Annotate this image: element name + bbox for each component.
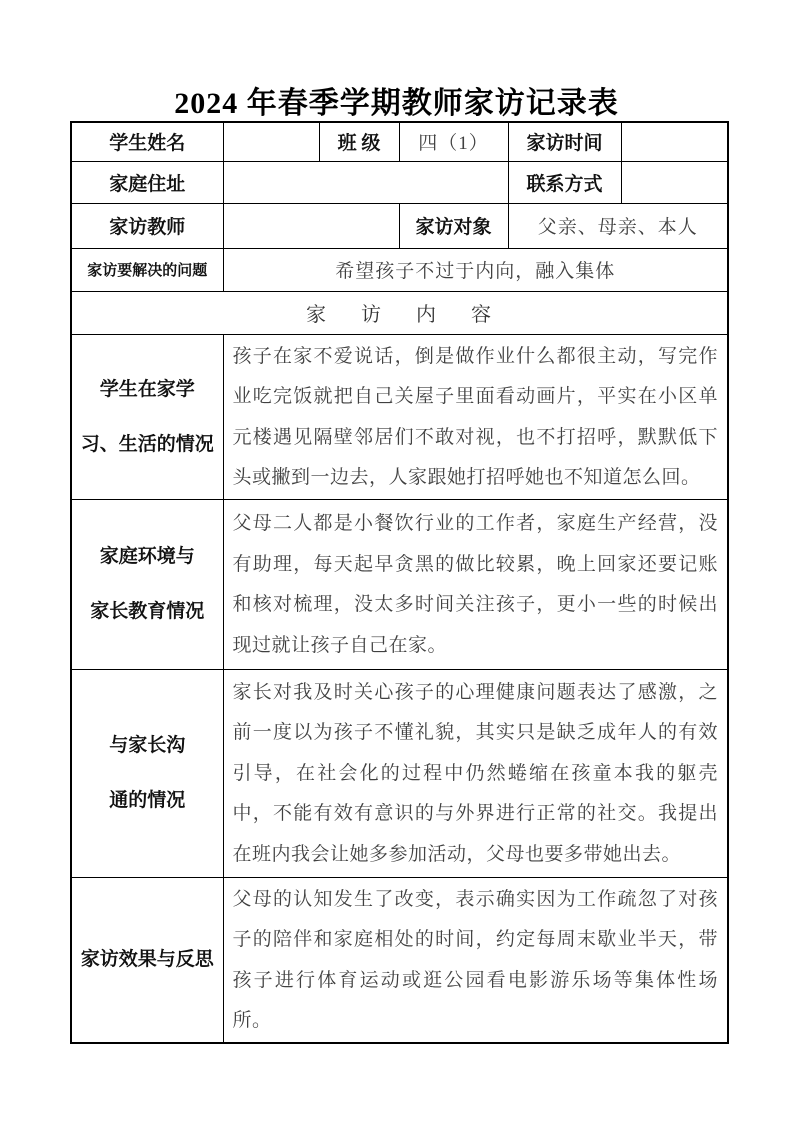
home-visit-form-table: 学生姓名 班 级 四（1） 家访时间 家庭住址 联系方式 家访教师 家访对象 父… xyxy=(70,121,729,1044)
row-problem: 家访要解决的问题 希望孩子不过于内向，融入集体 xyxy=(71,248,728,291)
section-text-cell: 家长对我及时关心孩子的心理健康问题表达了感激，之前一度以为孩子不懂礼貌，其实只是… xyxy=(223,669,728,877)
section-text-visit-effect: 父母的认知发生了改变，表示确实因为工作疏忽了对孩子的陪伴和家庭相处的时间，约定每… xyxy=(224,878,728,1042)
section-text-cell: 孩子在家不爱说话，倒是做作业什么都很主动，写完作业吃完饭就把自己关屋子里面看动画… xyxy=(223,334,728,499)
section-text-cell: 父母二人都是小餐饮行业的工作者，家庭生产经营，没有助理，每天起早贪黑的做比较累，… xyxy=(223,499,728,669)
row-teacher: 家访教师 家访对象 父亲、母亲、本人 xyxy=(71,203,728,248)
section-text-student-home-life: 孩子在家不爱说话，倒是做作业什么都很主动，写完作业吃完饭就把自己关屋子里面看动画… xyxy=(224,335,728,499)
problem-label: 家访要解决的问题 xyxy=(71,248,223,291)
section-family-environment: 家庭环境与 家长教育情况 父母二人都是小餐饮行业的工作者，家庭生产经营，没有助理… xyxy=(71,499,728,669)
section-text-family-environment: 父母二人都是小餐饮行业的工作者，家庭生产经营，没有助理，每天起早贪黑的做比较累，… xyxy=(224,502,728,666)
home-address-value xyxy=(223,161,508,203)
section-student-home-life: 学生在家学 习、生活的情况 孩子在家不爱说话，倒是做作业什么都很主动，写完作业吃… xyxy=(71,334,728,499)
visit-time-value xyxy=(621,122,728,161)
section-label-student-home-life: 学生在家学 习、生活的情况 xyxy=(71,334,223,499)
visit-target-label: 家访对象 xyxy=(399,203,508,248)
section-text-parent-communication: 家长对我及时关心孩子的心理健康问题表达了感激，之前一度以为孩子不懂礼貌，其实只是… xyxy=(224,671,728,876)
section-visit-effect: 家访效果与反思 父母的认知发生了改变，表示确实因为工作疏忽了对孩子的陪伴和家庭相… xyxy=(71,877,728,1043)
student-name-label: 学生姓名 xyxy=(71,122,223,161)
class-value: 四（1） xyxy=(399,122,508,161)
visit-teacher-label: 家访教师 xyxy=(71,203,223,248)
section-parent-communication: 与家长沟 通的情况 家长对我及时关心孩子的心理健康问题表达了感激，之前一度以为孩… xyxy=(71,669,728,877)
visit-time-label: 家访时间 xyxy=(508,122,621,161)
page-title: 2024 年春季学期教师家访记录表 xyxy=(0,78,793,122)
visit-target-value: 父亲、母亲、本人 xyxy=(508,203,728,248)
student-name-value xyxy=(223,122,319,161)
visit-content-header: 家 访 内 容 xyxy=(71,291,728,334)
class-label: 班 级 xyxy=(319,122,399,161)
section-label-visit-effect: 家访效果与反思 xyxy=(71,877,223,1043)
section-label-parent-communication: 与家长沟 通的情况 xyxy=(71,669,223,877)
contact-label: 联系方式 xyxy=(508,161,621,203)
visit-teacher-value xyxy=(223,203,399,248)
contact-value xyxy=(621,161,728,203)
problem-value: 希望孩子不过于内向，融入集体 xyxy=(223,248,728,291)
row-address: 家庭住址 联系方式 xyxy=(71,161,728,203)
section-label-family-environment: 家庭环境与 家长教育情况 xyxy=(71,499,223,669)
row-content-header: 家 访 内 容 xyxy=(71,291,728,334)
document-page: 2024 年春季学期教师家访记录表 学生姓名 班 级 四（1） 家访时间 家庭住… xyxy=(0,0,793,1122)
home-address-label: 家庭住址 xyxy=(71,161,223,203)
section-text-cell: 父母的认知发生了改变，表示确实因为工作疏忽了对孩子的陪伴和家庭相处的时间，约定每… xyxy=(223,877,728,1043)
row-student-info: 学生姓名 班 级 四（1） 家访时间 xyxy=(71,122,728,161)
